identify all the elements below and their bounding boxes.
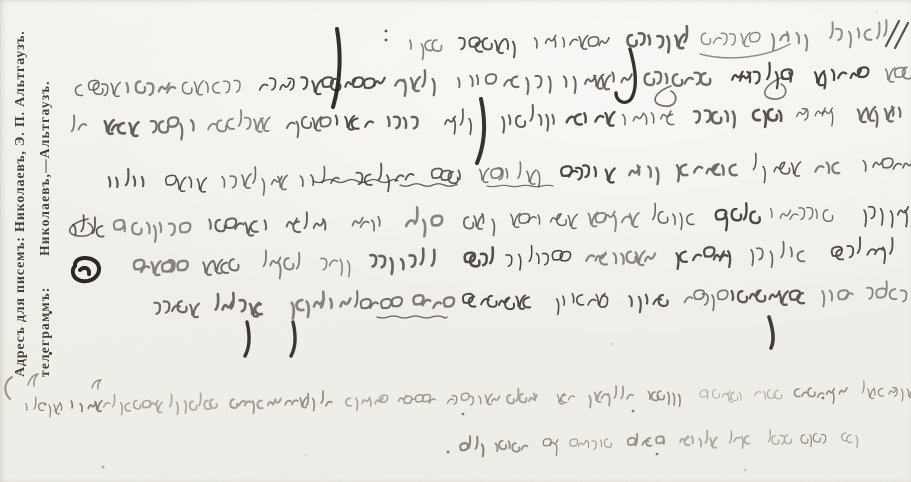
- period-mark: [385, 30, 388, 33]
- paper-speck: [744, 469, 746, 471]
- period-mark: [385, 39, 388, 42]
- period-mark: [462, 413, 465, 416]
- paper-grain-texture: [0, 0, 911, 482]
- period-mark: [447, 451, 450, 454]
- handwritten-hebrew-text-layer: [0, 0, 911, 482]
- paper-speck: [876, 11, 878, 13]
- paper-speck: [305, 454, 307, 456]
- period-mark: [656, 453, 659, 456]
- paper-speck: [101, 465, 104, 468]
- paper-speck: [611, 343, 613, 345]
- period-mark: [822, 397, 825, 400]
- period-mark: [632, 410, 635, 413]
- period-mark: [44, 403, 47, 406]
- scanned-letter-page: Адресъ для писемъ: Николаевъ, Э. П. Альт…: [0, 0, 911, 482]
